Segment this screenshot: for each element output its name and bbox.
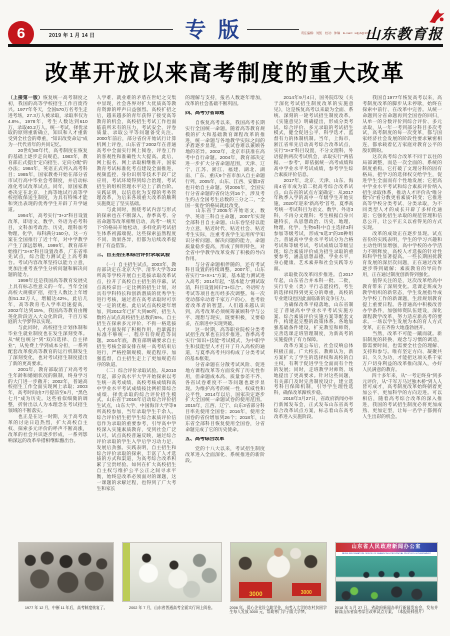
photo-caption-3: 2006 年，爱心企业设立助学金，向考入大学的农村贫困学生每人发放 3000 元… (230, 606, 327, 616)
photo-figure-scholarship: 3000 3000 2006 年，爱心企业设立助学金，向考入大学的农村贫困学生每… (230, 542, 327, 615)
column-2-text-a: 人学难、就业难的矛盾在世纪之交集中显现，社会各界对扩大优质高等教育资源的呼声日益… (97, 95, 177, 249)
newspaper-page: 6 2019 年 1 月 14 日 专版 责任编辑：刘凯 校对：仲琳 E-mai… (0, 0, 450, 636)
press-conference-stage (336, 556, 437, 601)
section-heading-3: 三、自主招生和综合评价录取试验 (97, 253, 177, 259)
column-1: （上接第一版）恢复统一高考制度之初，我国的高等学校招生工作百废待兴。1977年冬… (8, 95, 88, 541)
column-1-text: 恢复统一高考制度之初，我国的高等学校招生工作百废待兴。1977年冬天，全国570… (8, 95, 88, 443)
column-3-text-a: 的理解与支持，报名人数逐年增加，改革的社会基础不断巩固。 (185, 95, 265, 107)
column-5-text: 我国自1977年恢复高考以来，高考制度改革的脚步从未停歇，始终在探索中前行、在改… (362, 95, 442, 420)
header-divider (8, 44, 443, 47)
header-rule-left (40, 29, 173, 30)
article-body: （上接第一版）恢复统一高考制度之初，我国的高等学校招生工作百废待兴。1977年冬… (8, 95, 442, 541)
column-2-text-b: （一）自主招生试点。2003年，教育部决定在北京大学、清华大学等22所高等学校开… (97, 262, 177, 492)
photo-caption-1: 1977 年 12 月，中断 11 年后，高考制度恢复了。 (18, 606, 114, 611)
photo-1977-exam-restored (18, 542, 114, 602)
column-3-text-c: 党的十八大以来，考试招生制度改革进入全面深化、系统推进的新阶段。 (185, 446, 265, 464)
section-title: 专版 (179, 14, 251, 44)
article-headline: 改革开放以来高考制度的重大改革 (0, 56, 450, 88)
photo-row: 1977 年 12 月，中断 11 年后，高考制度恢复了。 2002 年 7 月… (18, 542, 438, 615)
column-3-text-b: 自恢复高考以来，我国高考长期实行全国统一命题。随着高等教育规模的扩大和基础教育课… (185, 120, 265, 433)
photo-caption-2: 2002 年 7 月，山东省普通高考全面实行网上阅卷。 (122, 606, 221, 611)
photo-figure-1977: 1977 年 12 月，中断 11 年后，高考制度恢复了。 (18, 542, 114, 615)
date-text: 2019 年 1 月 14 日 (49, 32, 95, 39)
photo-scholarship-grant: 3000 3000 (230, 542, 327, 602)
header-rule-right (247, 29, 299, 30)
column-2: 人学难、就业难的矛盾在世纪之交集中显现，社会各界对扩大优质高等教育资源的呼声日益… (97, 95, 177, 541)
press-conference-banner: 山东省人民政府新闻办公室 (336, 543, 437, 552)
section-heading-4: 四、高考分省命题 (185, 111, 265, 117)
photo-figure-online-marking: 2002 年 7 月，山东省普通高考全面实行网上阅卷。 (122, 542, 221, 615)
photo-figure-press-conference: 山东省人民政府新闻办公室 NEWS INFORMATION OFFICE OF … (335, 542, 438, 615)
column-5: 我国自1977年恢复高考以来，高考制度改革的脚步从未停歇，始终在探索中前行、在改… (362, 95, 442, 541)
column-4-text: 2014年9月4日，国务院印发《关于深化考试招生制度改革的实施意见》，这是恢复高… (274, 95, 354, 420)
masthead-title: 山东教育报 (366, 23, 444, 44)
photo-online-marking (122, 542, 221, 602)
editor-line: 责任编辑：刘凯 校对：仲琳 E-mail：sdjyb@163.com (301, 31, 375, 35)
column-3: 的理解与支持，报名人数逐年增加，改革的社会基础不断巩固。 四、高考分省命题 自恢… (185, 95, 265, 541)
photo-caption-4: 2018 年 3 月 27 日，省政府新闻办举行新闻发布会，发布并解读山东省高考… (335, 606, 438, 616)
section-heading-5: 五、高考综合改革 (185, 437, 265, 443)
scholarship-sign-left: 3000 (239, 582, 272, 598)
scholarship-sign-right: 3000 (292, 583, 322, 596)
column-4: 2014年9月4日，国务院印发《关于深化考试招生制度改革的实施意见》，这是恢复高… (274, 95, 354, 541)
photo-press-conference: 山东省人民政府新闻办公室 NEWS INFORMATION OFFICE OF … (335, 542, 438, 602)
continued-from-note: （上接第一版） (8, 95, 43, 100)
